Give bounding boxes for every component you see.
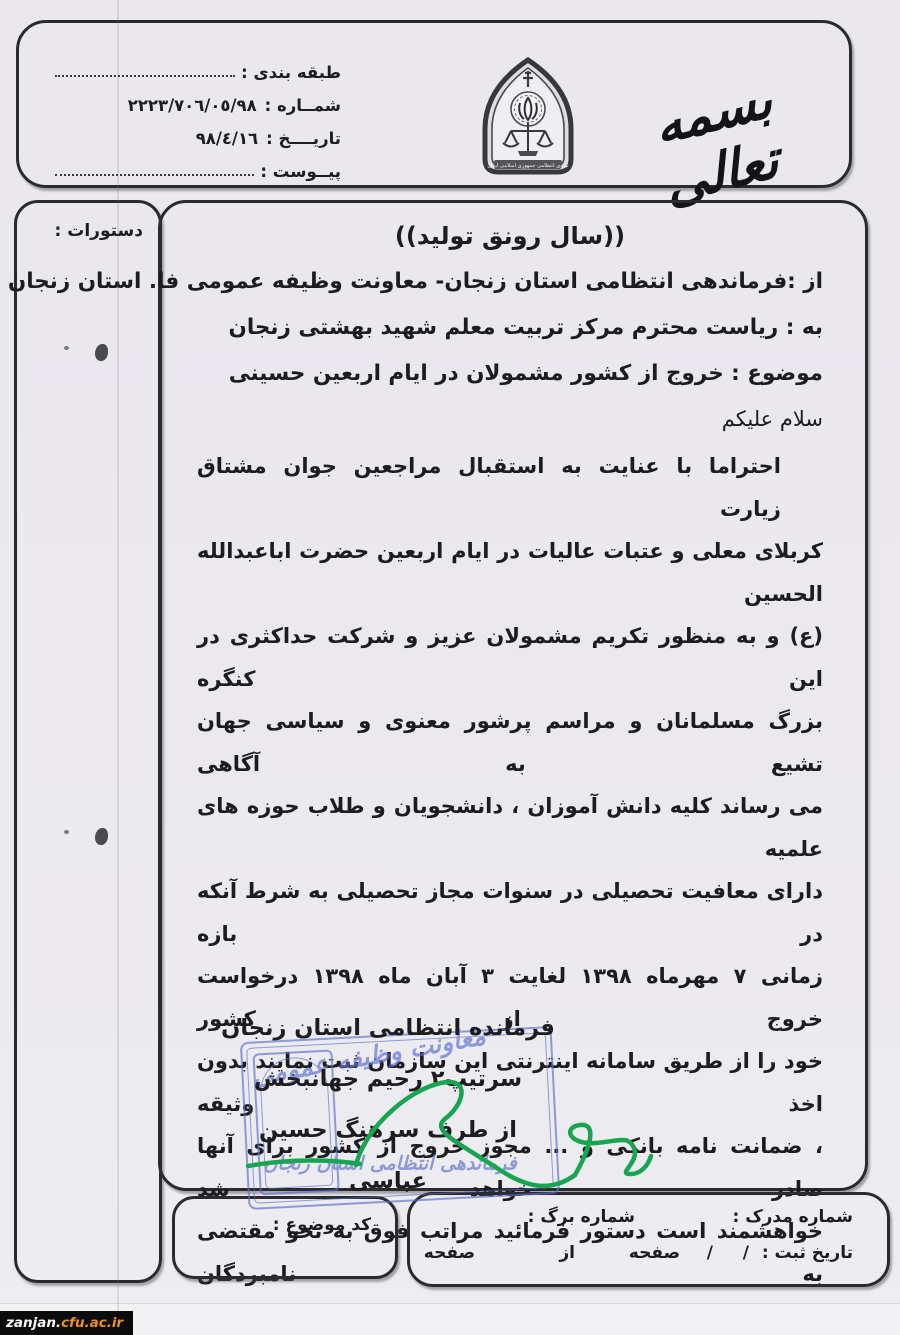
letter-date-value: ٩٨/٤/١٦: [196, 129, 258, 148]
signer-title-line: فرمانده انتظامی استان زنجان: [221, 1003, 555, 1054]
subject-line: موضوع : خروج از کشور مشمولان در ایام ارب…: [197, 351, 823, 397]
watermark-prefix: zanjan.: [6, 1315, 61, 1331]
letter-number-label: شمــاره :: [265, 96, 341, 115]
letter-date-row: تاریــــخ : ٩٨/٤/١٦: [53, 115, 341, 148]
letter-body-box: ((سال رونق تولید)) از :فرماندهی انتظامی …: [158, 200, 868, 1191]
letter-meta-fields: طبقه بندی : شمــاره : ٢٢٢٣/٧٠٦/٠٥/٩٨ تار…: [53, 49, 341, 181]
page-label: صفحه: [629, 1243, 680, 1263]
attachment-row: پیــوست :: [53, 148, 341, 181]
attachment-label: پیــوست :: [260, 162, 341, 181]
paragraph-line: کربلای معلی و عتبات عالیات در ایام اربعی…: [197, 530, 823, 615]
doc-number-label: شماره مدرک :: [733, 1207, 854, 1227]
letter-date-label: تاریــــخ :: [266, 129, 341, 148]
ink-dot: [64, 830, 69, 834]
registration-date-label: تاریخ ثبت :: [762, 1243, 853, 1263]
classification-row: طبقه بندی :: [53, 49, 341, 82]
instructions-margin-box: دستورات :: [14, 200, 162, 1283]
paragraph-line: (ع) و به منظور تکریم مشمولان عزیز و شرکت…: [197, 615, 823, 700]
police-emblem-icon: نیروی انتظامی جمهوری اسلامی ایران: [477, 57, 579, 179]
letter-content: ((سال رونق تولید)) از :فرماندهی انتظامی …: [161, 203, 865, 1188]
date-slash: /: [707, 1243, 713, 1263]
subject-code-label: کد موضوع :: [273, 1215, 371, 1235]
handwritten-signature: [228, 1052, 678, 1207]
page-label: صفحه: [424, 1243, 475, 1263]
of-label: از: [559, 1243, 575, 1263]
to-line: به : ریاست محترم مرکز تربیت معلم شهید به…: [197, 305, 823, 351]
paragraph-line: می رساند کلیه دانش آموزان ، دانشجویان و …: [197, 785, 823, 870]
blank-dotted-line: [55, 74, 235, 77]
scanned-letter-page: طبقه بندی : شمــاره : ٢٢٢٣/٧٠٦/٠٥/٩٨ تار…: [0, 0, 900, 1335]
paragraph-line: احتراما با عنایت به استقبال مراجعین جوان…: [197, 445, 823, 530]
letter-number-value: ٢٢٢٣/٧٠٦/٠٥/٩٨: [128, 96, 257, 115]
sheet-number-label: شماره برگ :: [528, 1207, 635, 1227]
watermark-suffix: cfu.ac.ir: [61, 1315, 123, 1331]
from-line: از :فرماندهی انتظامی استان زنجان- معاونت…: [197, 259, 823, 305]
year-slogan: ((سال رونق تولید)): [197, 219, 823, 253]
date-slash: /: [743, 1243, 749, 1263]
ink-dot: [64, 346, 69, 350]
salutation-line: سلام علیکم: [197, 397, 823, 441]
letterhead-box: طبقه بندی : شمــاره : ٢٢٢٣/٧٠٦/٠٥/٩٨ تار…: [16, 20, 852, 188]
classification-label: طبقه بندی :: [241, 63, 341, 82]
paper-fold-line: [117, 0, 119, 1335]
letter-number-row: شمــاره : ٢٢٢٣/٧٠٦/٠٥/٩٨: [53, 82, 341, 115]
instructions-label: دستورات :: [55, 221, 143, 241]
subject-code-box: کد موضوع :: [172, 1196, 398, 1279]
emblem-caption-text: نیروی انتظامی جمهوری اسلامی ایران: [487, 163, 568, 169]
paragraph-line: بزرگ مسلمانان و مراسم پرشور معنوی و سیاس…: [197, 700, 823, 785]
site-watermark: zanjan.cfu.ac.ir: [0, 1311, 133, 1335]
paper-bottom-edge: [0, 1303, 900, 1335]
paragraph-line: دارای معافیت تحصیلی در سنوات مجاز تحصیلی…: [197, 870, 823, 955]
blank-dotted-line: [55, 173, 254, 176]
